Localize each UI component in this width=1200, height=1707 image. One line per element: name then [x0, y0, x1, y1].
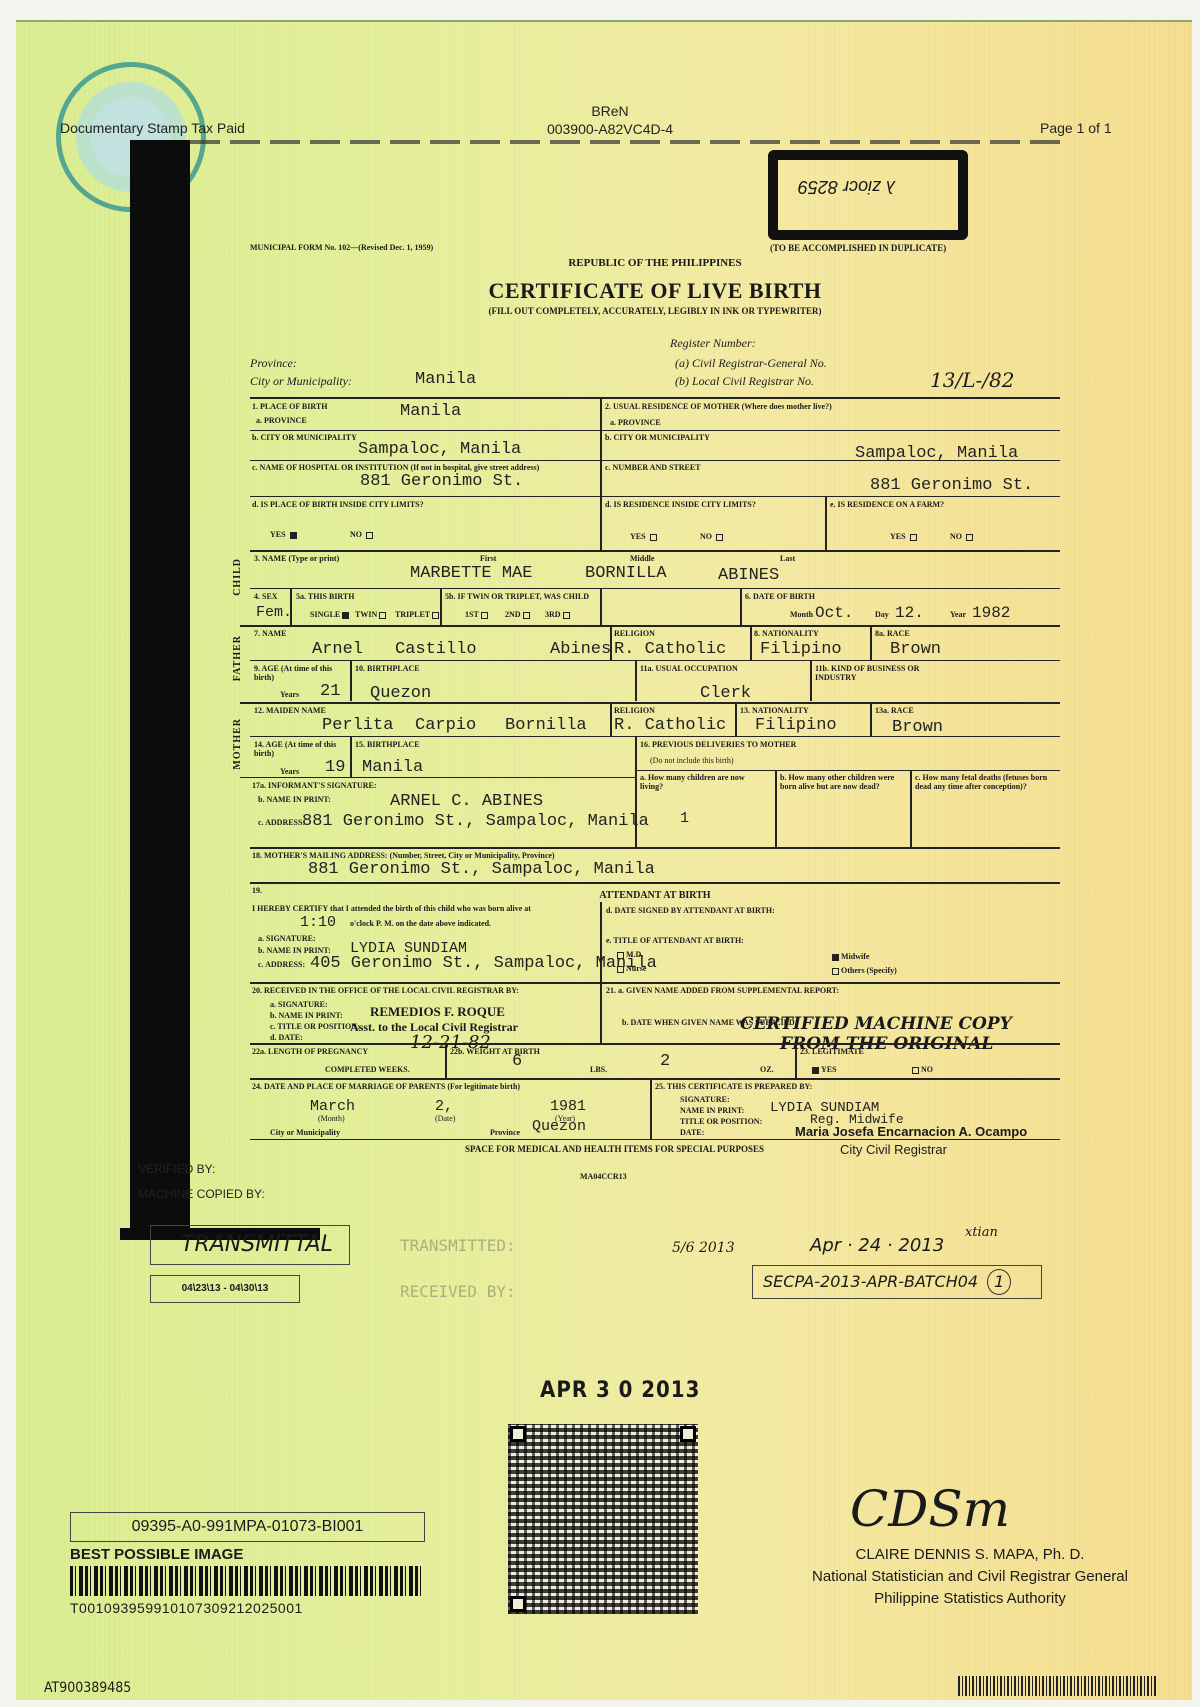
- registry-stamp: λ ziocr 8259: [768, 150, 968, 240]
- divider: [600, 398, 602, 550]
- divider: [250, 1043, 1060, 1045]
- living-label: a. How many children are now living?: [640, 773, 750, 791]
- divider: [740, 589, 742, 625]
- checkbox[interactable]: [379, 612, 386, 619]
- child-last-name: ABINES: [718, 566, 779, 585]
- child-middle-name: BORNILLA: [585, 564, 667, 583]
- date-signed-label: d. DATE SIGNED BY ATTENDANT AT BIRTH:: [606, 906, 775, 915]
- father-religion: R. Catholic: [614, 640, 726, 659]
- pob-province: Manila: [400, 402, 461, 421]
- 3rd-label: 3RD: [545, 610, 561, 619]
- divider: [750, 626, 752, 660]
- birth-time: 1:10: [300, 914, 336, 931]
- child-first-name: MARBETTE MAE: [410, 564, 532, 583]
- checkbox[interactable]: [617, 952, 624, 959]
- yes-label: YES: [890, 532, 906, 541]
- marriage-year: 1981: [550, 1098, 586, 1115]
- marriage-date-label: (Date): [435, 1114, 455, 1123]
- father-race-label: 8a. RACE: [875, 629, 910, 638]
- dead-label: b. How many other children were born ali…: [780, 773, 900, 791]
- footer-barcode-icon: [958, 1676, 1158, 1696]
- reference-number: 003900-A82VC4D-4: [480, 120, 740, 138]
- divider: [250, 550, 1060, 552]
- checkbox[interactable]: [366, 532, 373, 539]
- page-indicator: Page 1 of 1: [1040, 120, 1112, 136]
- attendant-signature-label: a. SIGNATURE:: [258, 934, 316, 943]
- marriage-province: Quezon: [532, 1118, 586, 1135]
- received-title-label: c. TITLE OR POSITION:: [270, 1022, 360, 1031]
- father-nationality-label: 8. NATIONALITY: [754, 629, 819, 638]
- divider: [240, 777, 636, 778]
- order-2nd[interactable]: 2ND: [505, 610, 532, 619]
- batch-id: SECPA-2013-APR-BATCH04: [763, 1272, 978, 1291]
- living-count: 1: [680, 810, 689, 827]
- city-label: City or Municipality:: [250, 374, 352, 389]
- qr-finder: [510, 1596, 526, 1612]
- no-label: NO: [350, 530, 362, 539]
- received-name: REMEDIOS F. ROQUE: [370, 1004, 505, 1020]
- marriage-month: March: [310, 1098, 355, 1115]
- divider: [240, 702, 1060, 704]
- duplicate-note: (TO BE ACCOMPLISHED IN DUPLICATE): [770, 243, 946, 253]
- form-number: MUNICIPAL FORM No. 102—(Revised Dec. 1, …: [250, 243, 433, 252]
- prepared-title-label: TITLE OR POSITION:: [680, 1117, 762, 1126]
- serial-number: AT900389485: [44, 1680, 131, 1696]
- stamp-handwriting: λ ziocr 8259: [798, 176, 895, 197]
- certified-stamp-line1: CERTIFIED MACHINE COPY: [740, 1014, 1012, 1034]
- checkbox-checked[interactable]: [342, 612, 349, 619]
- divider: [250, 397, 1060, 399]
- checkbox[interactable]: [523, 612, 530, 619]
- received-date-label: d. DATE:: [270, 1033, 303, 1042]
- mother-race-label: 13a. RACE: [875, 706, 914, 715]
- no-label: NO: [950, 532, 962, 541]
- mr-city: Sampaloc, Manila: [855, 444, 1018, 463]
- mr-farm-label: e. IS RESIDENCE ON A FARM?: [830, 500, 944, 509]
- mr-farm-yes[interactable]: YES: [890, 532, 919, 541]
- scan-artifact-line: [190, 140, 1070, 144]
- divider: [600, 983, 602, 1043]
- informant-name-label: b. NAME IN PRINT:: [258, 795, 331, 804]
- dob-year: 1982: [972, 604, 1010, 622]
- mother-section-label: MOTHER: [232, 718, 243, 770]
- divider: [870, 703, 872, 736]
- deliveries-label: 16. PREVIOUS DELIVERIES TO MOTHER: [640, 740, 796, 749]
- last-label: Last: [780, 554, 795, 563]
- mother-nationality: Filipino: [755, 716, 837, 735]
- register-number-label: Register Number:: [670, 336, 756, 351]
- others-label: Others (Specify): [841, 966, 897, 975]
- father-religion-label: RELIGION: [614, 629, 655, 638]
- pob-province-label: a. PROVINCE: [256, 416, 307, 425]
- prepared-name-label: NAME IN PRINT:: [680, 1106, 744, 1115]
- father-birthplace: Quezon: [370, 684, 431, 703]
- divider: [910, 771, 912, 847]
- birth-certificate-form: MUNICIPAL FORM No. 102—(Revised Dec. 1, …: [250, 240, 1060, 1240]
- divider: [350, 661, 352, 701]
- medical-note: SPACE FOR MEDICAL AND HEALTH ITEMS FOR S…: [465, 1144, 764, 1154]
- qr-finder: [680, 1426, 696, 1442]
- lcr-label: (b) Local Civil Registrar No.: [675, 374, 814, 389]
- weight-label: 22b. WEIGHT AT BIRTH: [450, 1047, 540, 1056]
- received-by-faint: RECEIVED BY:: [400, 1282, 516, 1301]
- dob-month: Oct.: [815, 604, 853, 622]
- divider: [636, 770, 1060, 771]
- yes-label: YES: [630, 532, 646, 541]
- divider: [610, 626, 612, 660]
- checkbox-checked[interactable]: [290, 532, 297, 539]
- father-last-name: Abines: [550, 640, 611, 659]
- father-name-label: 7. NAME: [254, 629, 286, 638]
- pob-city: Sampaloc, Manila: [358, 440, 521, 459]
- checkbox[interactable]: [966, 534, 973, 541]
- father-middle-name: Castillo: [395, 640, 477, 659]
- qr-code-icon: [508, 1424, 698, 1614]
- mother-residence-label: 2. USUAL RESIDENCE OF MOTHER (Where does…: [605, 402, 832, 411]
- divider: [250, 1078, 1060, 1080]
- sex-value: Fem.: [256, 604, 292, 621]
- triplet-label: TRIPLET: [395, 610, 430, 619]
- checkbox[interactable]: [910, 534, 917, 541]
- transmittal-range: 04\23\13 - 04\30\13: [150, 1275, 300, 1303]
- divider: [650, 1079, 652, 1139]
- mother-name-label: 12. MAIDEN NAME: [254, 706, 326, 715]
- dob-label: 6. DATE OF BIRTH: [745, 592, 815, 601]
- midwife-option[interactable]: Midwife: [830, 952, 869, 961]
- divider: [870, 626, 872, 660]
- checkbox[interactable]: [617, 966, 624, 973]
- prepared-label: 25. THIS CERTIFICATE IS PREPARED BY:: [655, 1082, 812, 1091]
- attendant-heading: ATTENDANT AT BIRTH: [250, 890, 1060, 901]
- father-section-label: FATHER: [232, 635, 243, 681]
- attendant-address-label: c. ADDRESS:: [258, 960, 305, 969]
- qr-finder: [510, 1426, 526, 1442]
- attendant-title-label: e. TITLE OF ATTENDANT AT BIRTH:: [606, 936, 744, 945]
- middle-label: Middle: [630, 554, 654, 563]
- received-name-label: b. NAME IN PRINT:: [270, 1011, 343, 1020]
- father-first-name: Arnel: [312, 640, 363, 659]
- transmitted-faint: TRANSMITTED:: [400, 1236, 516, 1255]
- signatory-name: CLAIRE DENNIS S. MAPA, Ph. D.: [780, 1546, 1160, 1563]
- barcode-text: T001093959910107309212025001: [70, 1600, 303, 1616]
- mr-limits-yes[interactable]: YES: [630, 532, 659, 541]
- father-occupation: Clerk: [700, 684, 751, 703]
- yes-label: YES: [270, 530, 286, 539]
- province-label: Province:: [250, 356, 297, 371]
- copied-by-label: MACHINE COPIED BY:: [138, 1187, 265, 1201]
- divider: [350, 737, 352, 777]
- verified-by-label: VERIFIED BY:: [138, 1162, 215, 1176]
- mr-limits-no[interactable]: NO: [700, 532, 725, 541]
- others-option[interactable]: Others (Specify): [830, 966, 897, 975]
- informant-signature-label: 17a. INFORMANT'S SIGNATURE:: [252, 781, 377, 790]
- divider: [250, 430, 1060, 431]
- no-label: NO: [700, 532, 712, 541]
- city-value: Manila: [415, 370, 476, 389]
- twin-label: TWIN: [355, 610, 377, 619]
- marriage-label: 24. DATE AND PLACE OF MARRIAGE OF PARENT…: [252, 1082, 520, 1091]
- first-label: First: [480, 554, 496, 563]
- divider: [810, 661, 812, 701]
- mother-years-label: Years: [280, 767, 299, 776]
- divider: [440, 589, 442, 625]
- mother-middle-name: Carpio: [415, 716, 476, 735]
- mr-farm-no[interactable]: NO: [950, 532, 975, 541]
- mother-birthplace-label: 15. BIRTHPLACE: [355, 740, 420, 749]
- pob-hospital: 881 Geronimo St.: [360, 472, 523, 491]
- divider: [775, 771, 777, 847]
- divider: [250, 982, 1060, 984]
- marriage-province-label: Province: [490, 1128, 520, 1137]
- lcr-number: 13/L-/82: [930, 368, 1014, 392]
- stamp-tax-label: Documentary Stamp Tax Paid: [60, 120, 245, 136]
- mother-nationality-label: 13. NATIONALITY: [740, 706, 809, 715]
- divider: [240, 625, 1060, 627]
- checkbox[interactable]: [481, 612, 488, 619]
- mr-street: 881 Geronimo St.: [870, 476, 1033, 495]
- checkbox[interactable]: [912, 1067, 919, 1074]
- header-center: BReN 003900-A82VC4D-4: [480, 102, 740, 138]
- mr-city-label: b. CITY OR MUNICIPALITY: [605, 433, 710, 442]
- marriage-month-label: (Month): [318, 1114, 345, 1123]
- prepared-signature-label: SIGNATURE:: [680, 1095, 730, 1104]
- checkbox-checked[interactable]: [832, 954, 839, 961]
- father-years-label: Years: [280, 690, 299, 699]
- best-possible-image-label: BEST POSSIBLE IMAGE: [70, 1546, 243, 1563]
- verifier-name: Maria Josefa Encarnacion A. Ocampo: [795, 1124, 1027, 1139]
- divider: [735, 703, 737, 736]
- mailing-label: 18. MOTHER'S MAILING ADDRESS: (Number, S…: [252, 851, 555, 860]
- transmittal-date: Apr · 24 · 2013: [810, 1235, 944, 1256]
- pob-yes-option[interactable]: YES: [270, 530, 299, 539]
- document-id: 09395-A0-991MPA-01073-BI001: [70, 1512, 425, 1542]
- certificate-subtitle: (FILL OUT COMPLETELY, ACCURATELY, LEGIBL…: [250, 306, 1060, 316]
- mother-religion: R. Catholic: [614, 716, 726, 735]
- father-nationality: Filipino: [760, 640, 842, 659]
- signatory-title: National Statistician and Civil Registra…: [780, 1568, 1160, 1585]
- fetal-label: c. How many fetal deaths (fetuses born d…: [915, 773, 1055, 791]
- certificate-title: CERTIFICATE OF LIVE BIRTH: [250, 278, 1060, 304]
- pob-hospital-label: c. NAME OF HOSPITAL OR INSTITUTION (If n…: [252, 463, 592, 472]
- informant-name: ARNEL C. ABINES: [390, 792, 543, 811]
- this-birth-label: 5a. THIS BIRTH: [296, 592, 354, 601]
- 1st-label: 1ST: [465, 610, 479, 619]
- single-option[interactable]: SINGLE: [310, 610, 351, 619]
- pob-inside-limits-label: d. IS PLACE OF BIRTH INSIDE CITY LIMITS?: [252, 500, 424, 509]
- barcode-icon: [70, 1566, 422, 1596]
- oz-label: OZ.: [760, 1065, 774, 1074]
- marriage-city-label: City or Municipality: [270, 1128, 340, 1137]
- checkbox[interactable]: [650, 534, 657, 541]
- year-label: Year: [950, 610, 966, 619]
- mother-last-name: Bornilla: [505, 716, 587, 735]
- system-name: BReN: [480, 102, 740, 120]
- mother-birthplace: Manila: [362, 758, 423, 777]
- divider: [250, 736, 1060, 737]
- divider: [600, 589, 602, 625]
- mother-first-name: Perlita: [322, 716, 393, 735]
- child-name-label: 3. NAME (Type or print): [254, 554, 339, 563]
- lbs-label: LBS.: [590, 1065, 607, 1074]
- legitimate-no[interactable]: NO: [910, 1065, 933, 1074]
- signature: CDSm: [850, 1480, 1010, 1538]
- divider: [250, 660, 1060, 661]
- transmittal-initials: xtian: [965, 1225, 998, 1240]
- certify-text: I HEREBY CERTIFY that I attended the bir…: [252, 904, 531, 913]
- signatory-organization: Philippine Statistics Authority: [780, 1590, 1160, 1607]
- divider: [445, 1044, 447, 1078]
- father-birthplace-label: 10. BIRTHPLACE: [355, 664, 420, 673]
- verifier-title: City Civil Registrar: [840, 1142, 947, 1157]
- checkbox-checked[interactable]: [812, 1067, 819, 1074]
- place-of-birth-label: 1. PLACE OF BIRTH: [252, 402, 327, 411]
- divider: [635, 661, 637, 701]
- crg-label: (a) Civil Registrar-General No.: [675, 356, 827, 371]
- order-1st[interactable]: 1ST: [465, 610, 490, 619]
- triplet-option[interactable]: TRIPLET: [395, 610, 441, 619]
- divider: [250, 882, 1060, 884]
- child-section-label: CHILD: [232, 558, 243, 596]
- md-label: M.D.: [626, 950, 643, 959]
- yes-label: YES: [821, 1065, 837, 1074]
- month-label: Month: [790, 610, 813, 619]
- 2nd-label: 2ND: [505, 610, 521, 619]
- pob-city-label: b. CITY OR MUNICIPALITY: [252, 433, 357, 442]
- order-3rd[interactable]: 3RD: [545, 610, 572, 619]
- completed-weeks-label: COMPLETED WEEKS.: [325, 1065, 410, 1074]
- time-suffix: o'clock P. M. on the date above indicate…: [350, 919, 491, 928]
- single-label: SINGLE: [310, 610, 340, 619]
- pob-no-option[interactable]: NO: [350, 530, 375, 539]
- father-business-label: 11b. KIND OF BUSINESS OR INDUSTRY: [815, 664, 935, 682]
- republic-heading: REPUBLIC OF THE PHILIPPINES: [250, 257, 1060, 269]
- prepared-date-label: DATE:: [680, 1128, 704, 1137]
- date-stamp: APR 3 0 2013: [540, 1378, 700, 1403]
- weight-oz: 2: [660, 1052, 670, 1071]
- mailing-address: 881 Geronimo St., Sampaloc, Manila: [308, 860, 655, 879]
- father-race: Brown: [890, 640, 941, 659]
- divider: [250, 588, 1060, 589]
- deliveries-note: (Do not include this birth): [650, 756, 734, 765]
- checkbox[interactable]: [832, 968, 839, 975]
- verification-code: MA04CCR13: [580, 1172, 627, 1181]
- father-age-label: 9. AGE (At time of this birth): [254, 664, 344, 682]
- attendant-address: 405 Geronimo St., Sampaloc, Manila: [310, 954, 657, 973]
- legitimate-yes[interactable]: YES: [810, 1065, 837, 1074]
- divider: [250, 1139, 1060, 1140]
- transmittal-received-date: 5/6 2013: [672, 1240, 735, 1256]
- dob-day: 12.: [895, 604, 924, 622]
- md-option[interactable]: M.D.: [615, 950, 643, 959]
- mother-religion-label: RELIGION: [614, 706, 655, 715]
- informant-address: 881 Geronimo St., Sampaloc, Manila: [302, 812, 649, 831]
- no-label: NO: [921, 1065, 933, 1074]
- batch-number: 1: [987, 1269, 1011, 1295]
- received-signature-label: a. SIGNATURE:: [270, 1000, 328, 1009]
- father-age: 21: [320, 682, 340, 701]
- received-label: 20. RECEIVED IN THE OFFICE OF THE LOCAL …: [252, 986, 519, 995]
- legitimate-label: 23. LEGITIMATE: [800, 1047, 864, 1056]
- sex-label: 4. SEX: [254, 592, 278, 601]
- checkbox[interactable]: [563, 612, 570, 619]
- checkbox[interactable]: [716, 534, 723, 541]
- transmittal-box: TRANSMITTAL: [150, 1225, 350, 1265]
- nurse-option[interactable]: Nurse: [615, 964, 646, 973]
- twin-order-label: 5b. IF TWIN OR TRIPLET, WAS CHILD: [445, 592, 589, 601]
- nurse-label: Nurse: [626, 964, 646, 973]
- mr-street-label: c. NUMBER AND STREET: [605, 463, 701, 472]
- mother-age-label: 14. AGE (At time of this birth): [254, 740, 344, 758]
- mother-race: Brown: [892, 718, 943, 737]
- day-label: Day: [875, 610, 889, 619]
- checkbox[interactable]: [432, 612, 439, 619]
- batch-box: SECPA-2013-APR-BATCH04 1: [752, 1265, 1042, 1299]
- mother-age: 19: [325, 758, 345, 777]
- twin-option[interactable]: TWIN: [355, 610, 388, 619]
- father-occupation-label: 11a. USUAL OCCUPATION: [640, 664, 738, 673]
- given-name-added-label: 21. a. GIVEN NAME ADDED FROM SUPPLEMENTA…: [606, 986, 839, 995]
- marriage-date: 2,: [435, 1098, 453, 1115]
- pregnancy-length-label: 22a. LENGTH OF PREGNANCY: [252, 1047, 368, 1056]
- divider: [795, 1044, 797, 1078]
- informant-address-label: c. ADDRESS:: [258, 818, 305, 827]
- divider: [250, 847, 1060, 849]
- mr-province-label: a. PROVINCE: [610, 418, 661, 427]
- weight-lbs: 6: [512, 1052, 522, 1071]
- midwife-label: Midwife: [841, 952, 869, 961]
- divider: [250, 496, 1060, 497]
- divider: [610, 703, 612, 736]
- scan-artifact-bar: [130, 140, 190, 1240]
- mr-inside-limits-label: d. IS RESIDENCE INSIDE CITY LIMITS?: [605, 500, 805, 509]
- divider: [825, 497, 827, 550]
